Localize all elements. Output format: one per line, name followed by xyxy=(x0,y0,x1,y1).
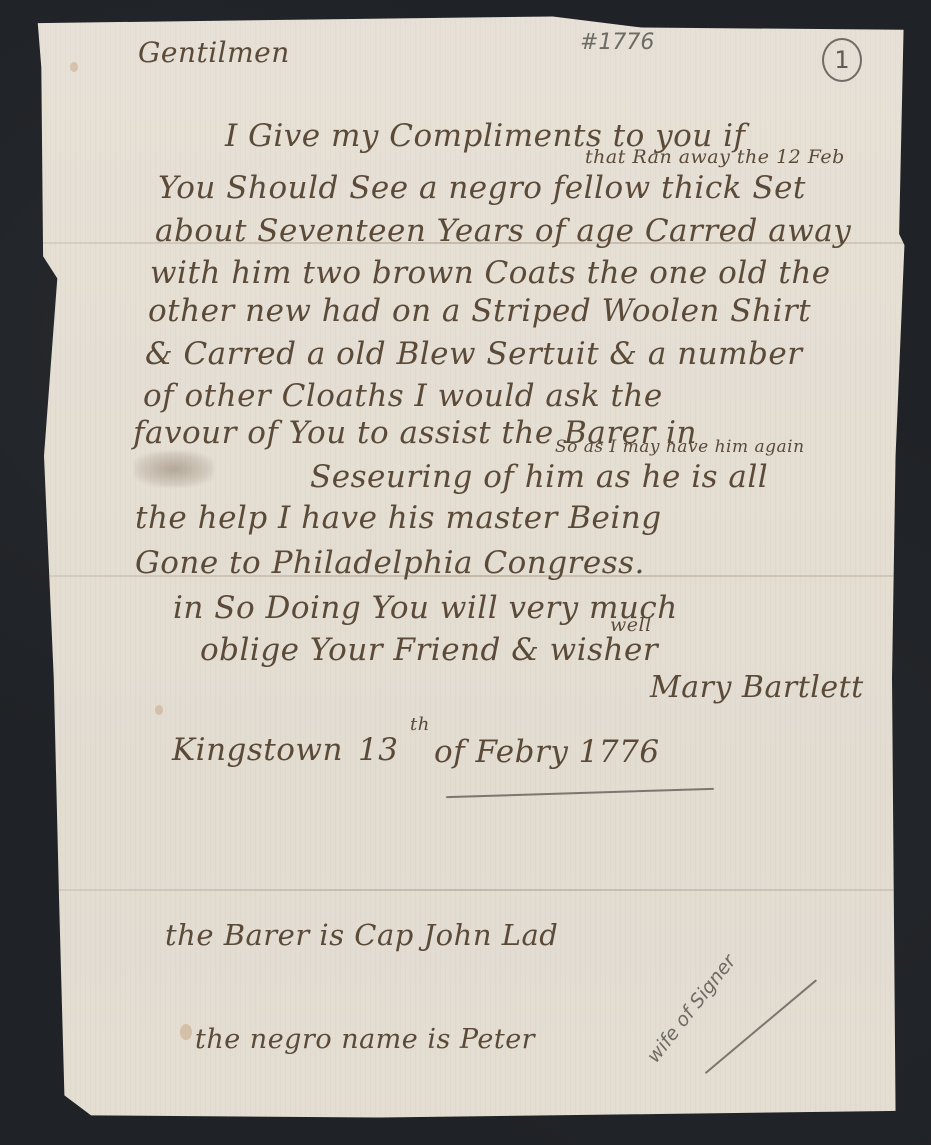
date-day: 13 xyxy=(358,732,398,768)
page-number-badge: 1 xyxy=(822,38,862,82)
letter-line: & Carred a old Blew Sertuit & a number xyxy=(145,336,803,372)
signature: Mary Bartlett xyxy=(650,670,864,705)
paper-stain xyxy=(180,1024,192,1040)
interlinear-insertion: So as I may have him again xyxy=(555,437,805,457)
date-rest: of Febry 1776 xyxy=(434,734,660,770)
paper-stain xyxy=(155,705,163,715)
postscript-name: the negro name is Peter xyxy=(195,1024,535,1055)
letter-line: about Seventeen Years of age Carred away xyxy=(155,213,851,249)
salutation: Gentilmen xyxy=(138,36,290,69)
date-day-suffix: th xyxy=(410,714,430,735)
letter-line: You Should See a negro fellow thick Set xyxy=(158,170,806,206)
letter-line: oblige Your Friend & wisher xyxy=(200,632,658,668)
postscript-bearer: the Barer is Cap John Lad xyxy=(165,918,558,952)
struck-word-smudge xyxy=(134,451,214,487)
letter-line: I Give my Compliments to you if xyxy=(225,118,746,154)
letter-line: with him two brown Coats the one old the xyxy=(150,255,831,291)
catalog-number: #1776 xyxy=(580,30,654,55)
paper-stain xyxy=(70,62,78,72)
letter-line: the help I have his master Being xyxy=(135,500,662,536)
letter-line: Seseuring of him as he is all xyxy=(310,459,768,495)
place-name: Kingstown xyxy=(172,732,343,768)
letter-line: of other Cloaths I would ask the xyxy=(143,378,663,414)
letter-line: other new had on a Striped Woolen Shirt xyxy=(148,293,811,329)
letter-line: in So Doing You will very much xyxy=(173,590,678,626)
fold-line xyxy=(20,889,908,891)
letter-line: Gone to Philadelphia Congress. xyxy=(135,545,645,581)
